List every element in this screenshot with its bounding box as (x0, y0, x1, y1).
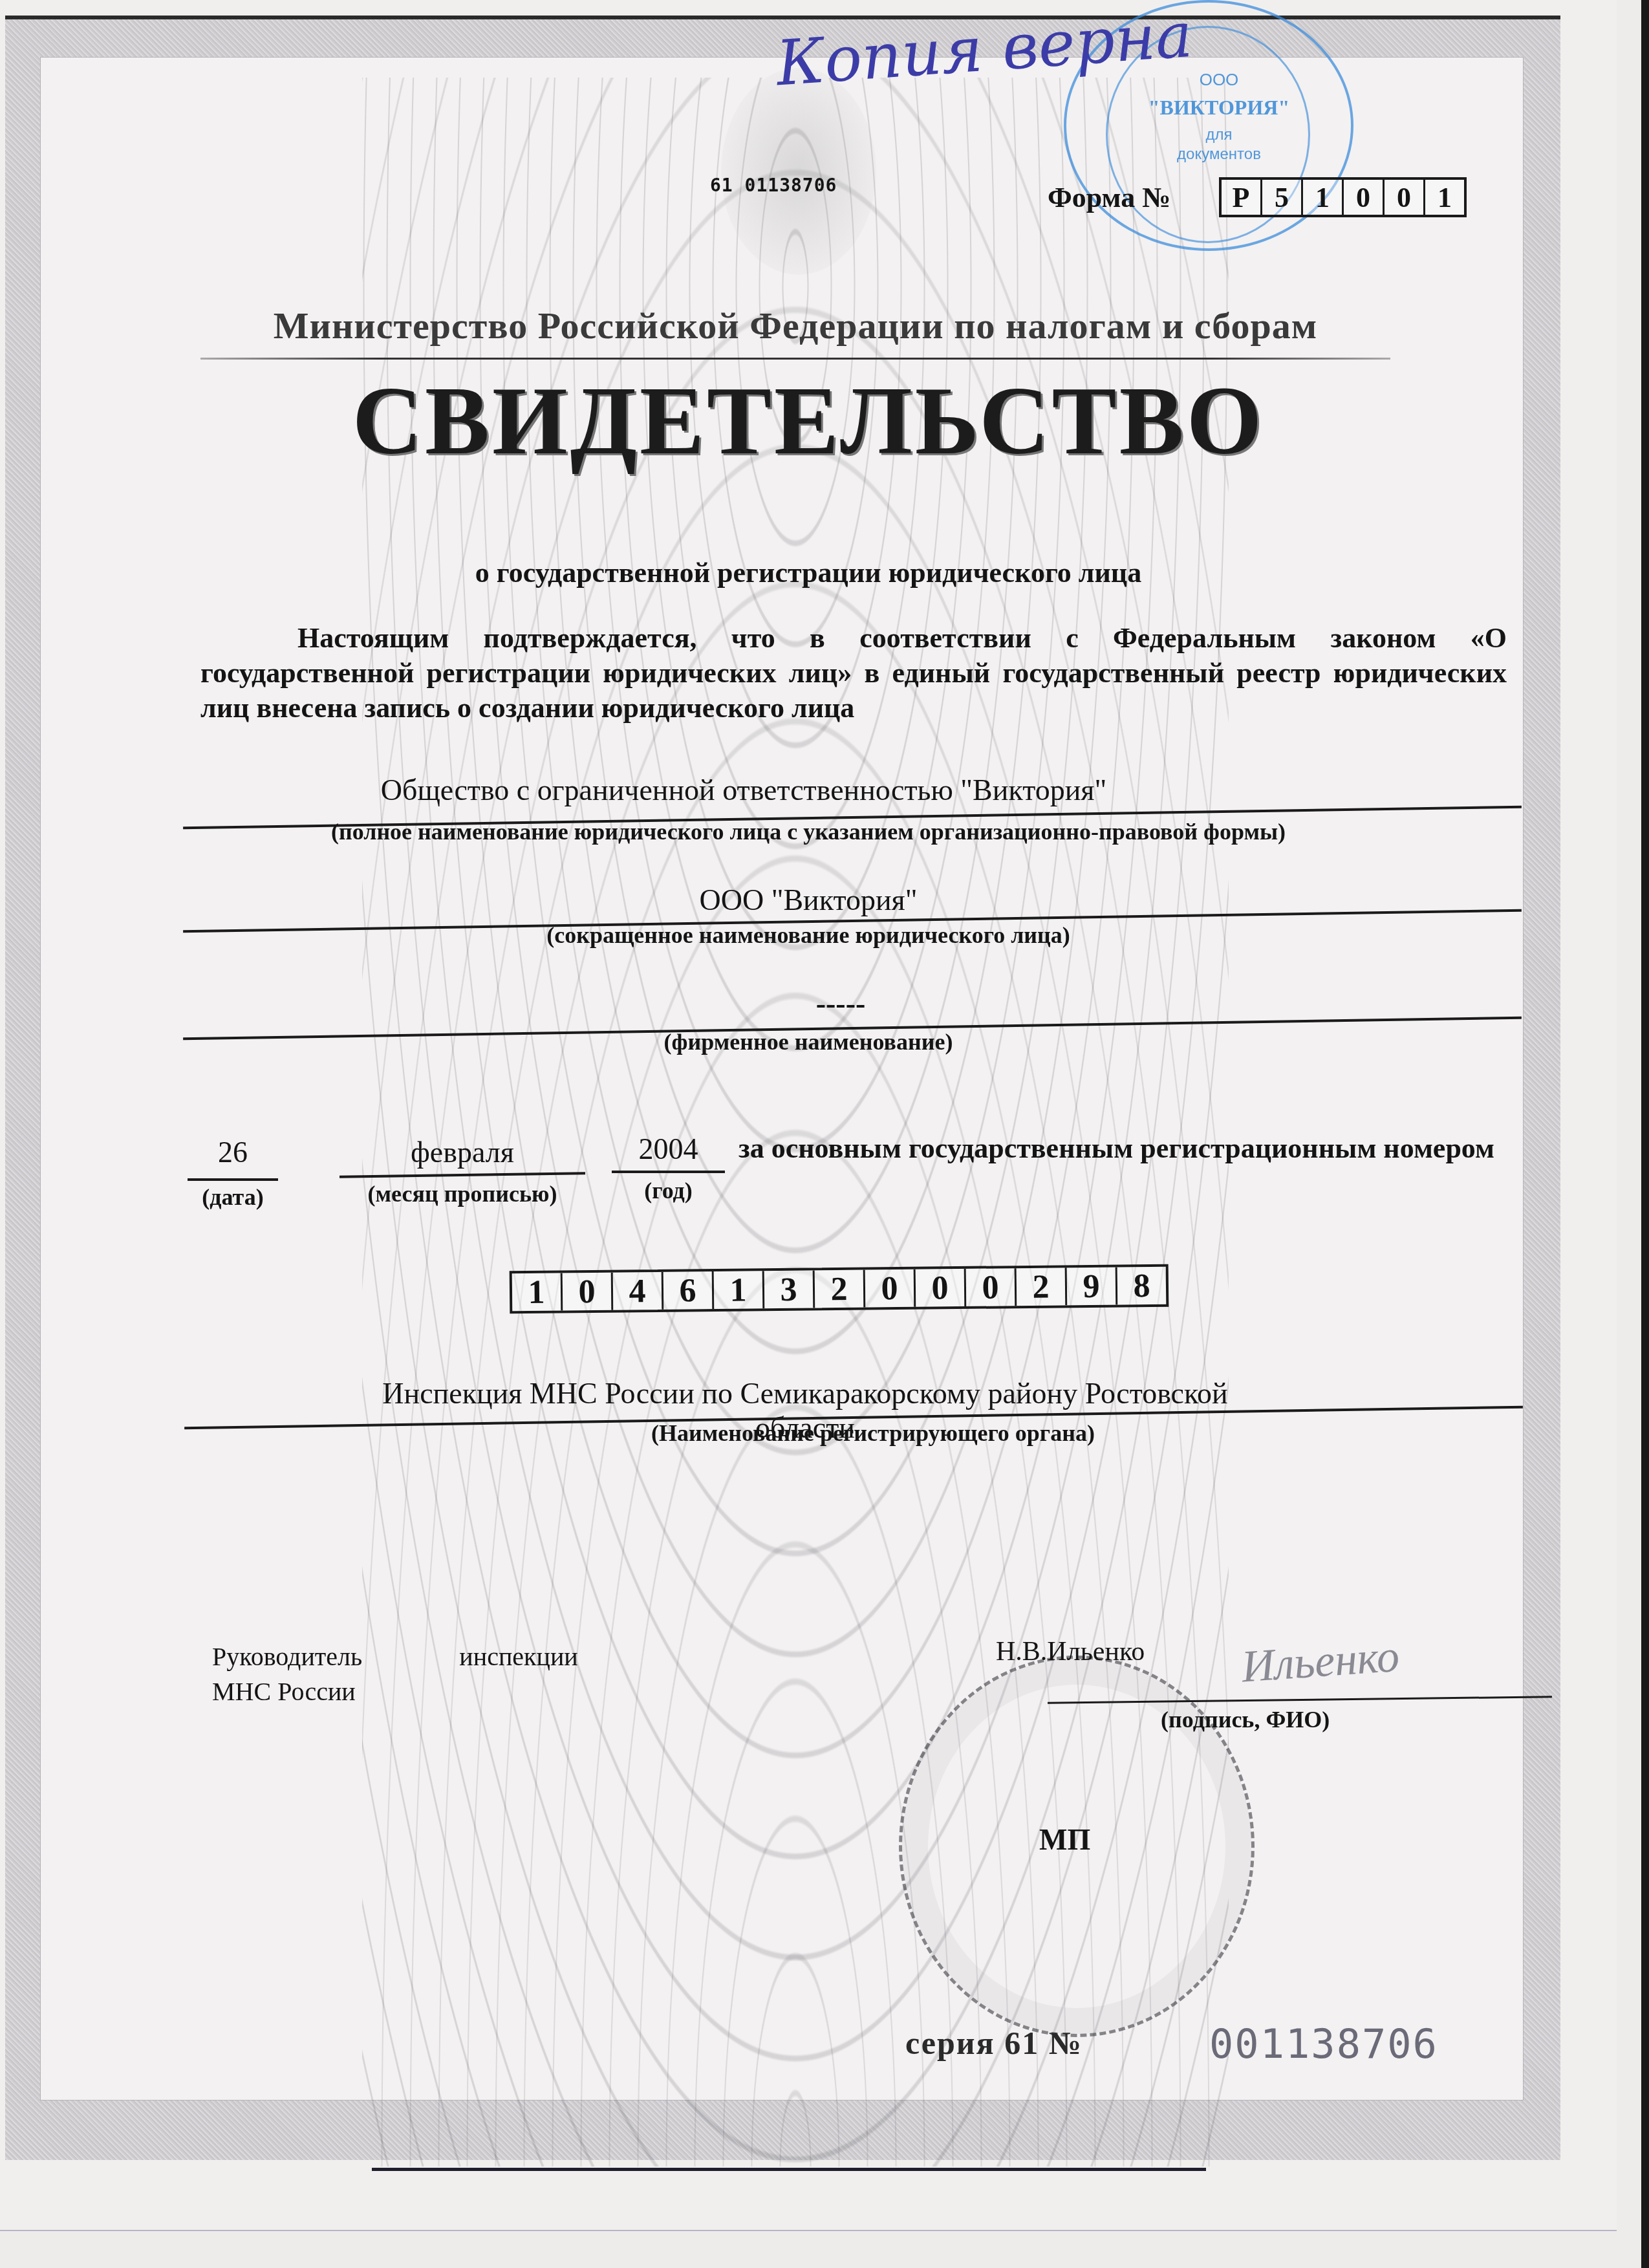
reg-month-value: февраля (339, 1135, 585, 1169)
blank-series-label: серия 61 № (905, 2024, 1083, 2062)
document-title: СВИДЕТЕЛЬСТВО (194, 365, 1423, 477)
signature-caption: (подпись, ФИО) (1161, 1706, 1330, 1733)
reg-month-caption: (месяц прописью) (339, 1180, 585, 1207)
ogrn-digit-cell: 9 (1067, 1267, 1118, 1305)
certificate-sheet: 61 01138706 ООО "ВИКТОРИЯ" для документо… (0, 0, 1617, 2231)
ogrn-digit-cell: 3 (764, 1270, 815, 1308)
seal-place-mark: МП (1039, 1822, 1090, 1857)
full-name-caption: (полное наименование юридического лица с… (194, 818, 1423, 845)
scan-edge-shadow (1641, 0, 1649, 2268)
ogrn-digit-cell: 0 (916, 1269, 967, 1307)
signatory-position-word1: Руководитель (212, 1642, 362, 1671)
embossed-seal (721, 68, 876, 275)
document-subtitle: о государственной регистрации юридическо… (194, 556, 1423, 589)
short-name-value: ООО "Виктория" (517, 883, 1099, 917)
signatory-position-line2: МНС России (212, 1677, 356, 1706)
ogrn-digit-cell: 2 (1017, 1268, 1068, 1306)
brand-name-caption: (фирменное наименование) (582, 1028, 1035, 1055)
statement-paragraph: Настоящим подтверждается, что в соответс… (200, 621, 1507, 726)
ogrn-digit-cell: 6 (663, 1271, 715, 1310)
brand-name-value: ----- (744, 986, 938, 1021)
ogrn-digit-cell: 1 (512, 1273, 563, 1311)
reg-year-caption: (год) (612, 1177, 725, 1204)
reg-day-caption: (дата) (188, 1183, 278, 1211)
ministry-name: Министерство Российской Федерации по нал… (207, 304, 1384, 347)
signatory-position: Руководительинспекции МНС России (212, 1639, 578, 1709)
reg-day-line (188, 1178, 278, 1181)
ogrn-digit-cell: 0 (563, 1273, 614, 1311)
authority-caption: (Наименование регистрирующего органа) (582, 1420, 1164, 1447)
form-number-label: Форма № (1048, 181, 1170, 214)
form-code-cell: Р (1222, 180, 1262, 215)
reg-day-value: 26 (188, 1135, 278, 1169)
full-name-value: Общество с ограниченной ответственностью… (194, 773, 1293, 807)
ogrn-digit-cell: 0 (966, 1268, 1017, 1306)
top-serial-number: 61 01138706 (710, 175, 837, 196)
form-code-cell: 0 (1385, 180, 1425, 215)
ministry-underline (200, 358, 1390, 360)
stamp-purpose-2: документов (1138, 146, 1300, 164)
ogrn-digit-cell: 0 (865, 1269, 916, 1308)
statement-text: Настоящим подтверждается, что в соответс… (200, 622, 1507, 724)
signatory-name: Н.В.Ильенко (996, 1636, 1145, 1667)
form-code-cell: 0 (1344, 180, 1385, 215)
form-code-cell: 1 (1425, 180, 1464, 215)
bottom-rule (372, 2168, 1206, 2171)
handwritten-signature: Ильенко (1240, 1631, 1401, 1694)
form-code-cell: 1 (1303, 180, 1344, 215)
stamp-company-name: "ВИКТОРИЯ" (1141, 96, 1297, 120)
blank-series-number: 001138706 (1209, 2020, 1438, 2068)
form-number-boxes: Р 5 1 0 0 1 (1219, 177, 1467, 217)
ogrn-digit-cell: 2 (815, 1270, 866, 1308)
ogrn-digit-cell: 8 (1117, 1267, 1167, 1305)
stamp-purpose-1: для (1154, 126, 1284, 144)
short-name-caption: (сокращенное наименование юридического л… (388, 922, 1229, 949)
stamp-org-type: ООО (1154, 70, 1284, 90)
reg-year-line (612, 1171, 725, 1173)
ogrn-boxes: 1 0 4 6 1 3 2 0 0 0 2 9 8 (510, 1264, 1169, 1314)
ogrn-digit-cell: 4 (613, 1272, 664, 1310)
ogrn-intro-text: за основным государственным регистрацион… (738, 1132, 1494, 1165)
form-code-cell: 5 (1262, 180, 1303, 215)
reg-year-value: 2004 (612, 1132, 725, 1166)
ogrn-digit-cell: 1 (714, 1271, 765, 1309)
signatory-position-word2: инспекции (459, 1642, 577, 1671)
